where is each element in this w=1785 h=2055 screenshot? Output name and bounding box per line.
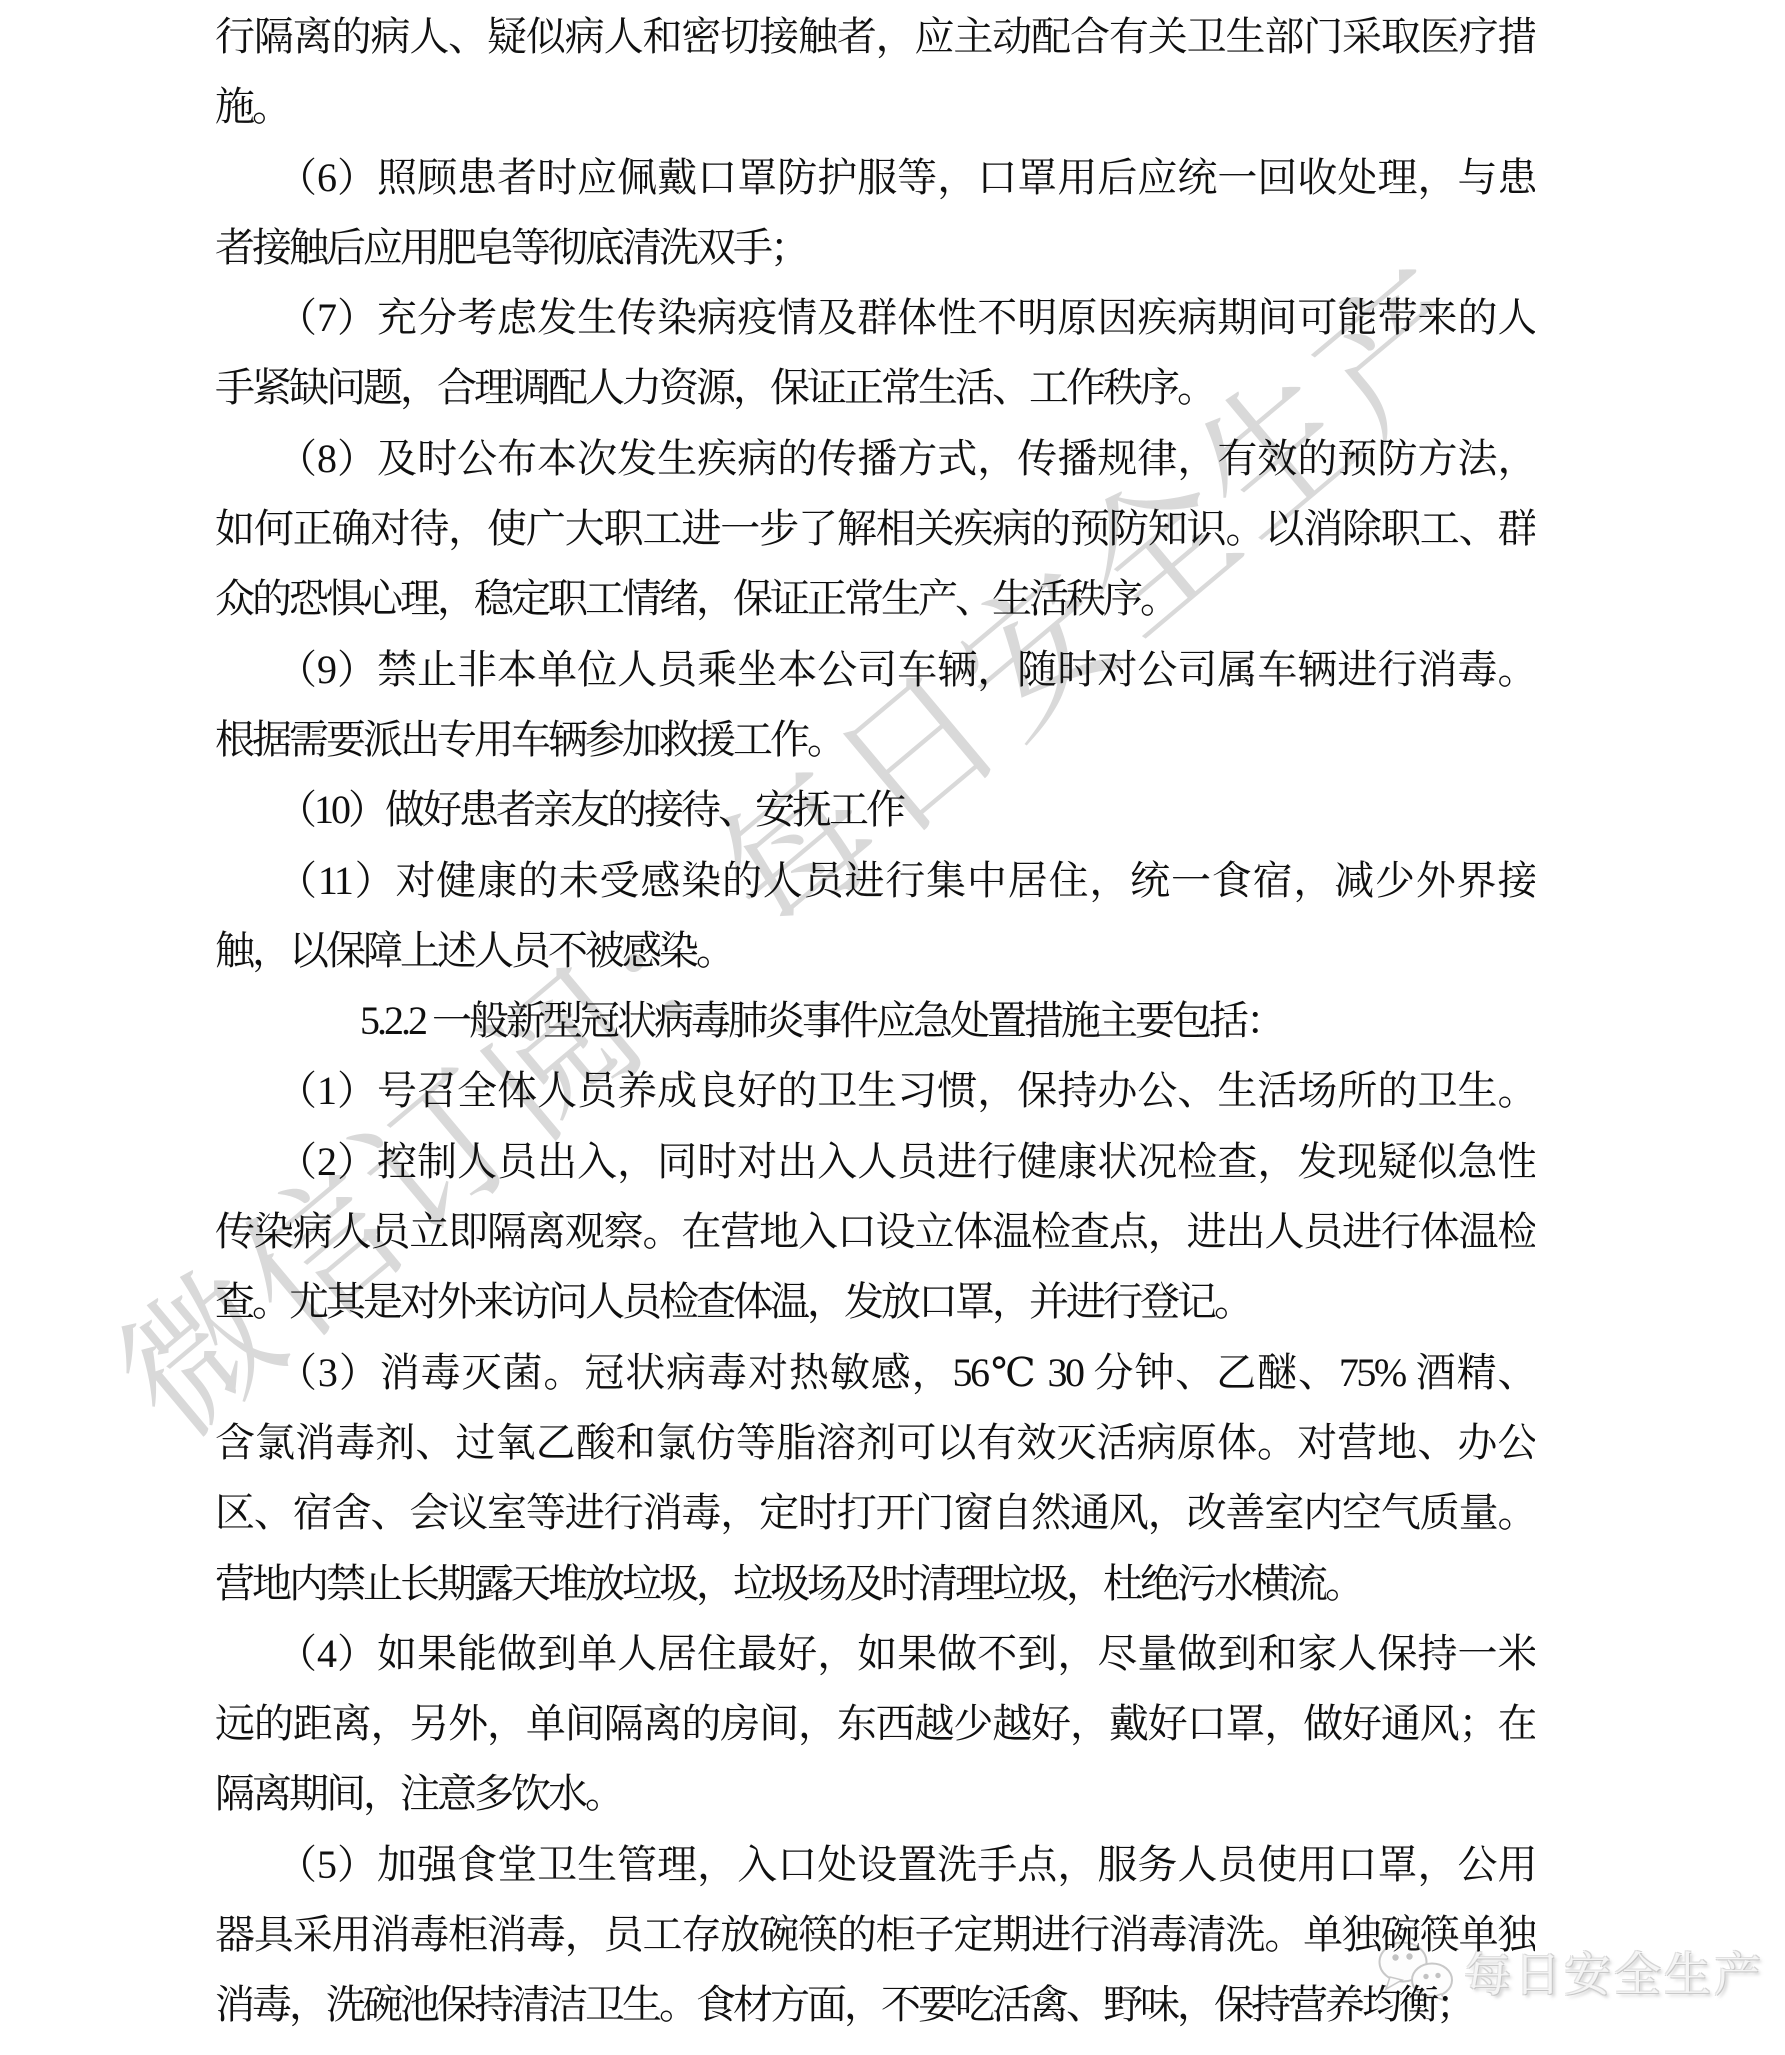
text-line: （11）对健康的未受感染的人员进行集中居住，统一食宿，减少外界接 [215, 846, 1535, 916]
text-line: 查。尤其是对外来访问人员检查体温，发放口罩，并进行登记。 [215, 1267, 1535, 1337]
text-line: 者接触后应用肥皂等彻底清洗双手； [215, 213, 1535, 283]
text-line: 触，以保障上述人员不被感染。 [215, 916, 1535, 986]
text-line: （3）消毒灭菌。冠状病毒对热敏感，56℃ 30 分钟、乙醚、75% 酒精、 [215, 1338, 1535, 1408]
text-line: （1）号召全体人员养成良好的卫生习惯，保持办公、生活场所的卫生。 [215, 1056, 1535, 1126]
text-line: 如何正确对待，使广大职工进一步了解相关疾病的预防知识。以消除职工、群 [215, 494, 1535, 564]
text-line: 隔离期间，注意多饮水。 [215, 1759, 1535, 1829]
text-line: 区、宿舍、会议室等进行消毒，定时打开门窗自然通风，改善室内空气质量。 [215, 1478, 1535, 1548]
text-line: 远的距离，另外，单间隔离的房间，东西越少越好，戴好口罩，做好通风；在 [215, 1689, 1535, 1759]
document-body: 行隔离的病人、疑似病人和密切接触者，应主动配合有关卫生部门采取医疗措施。（6）照… [215, 2, 1535, 2041]
text-line: 传染病人员立即隔离观察。在营地入口设立体温检查点，进出人员进行体温检 [215, 1197, 1535, 1267]
text-line: 器具采用消毒柜消毒，员工存放碗筷的柜子定期进行消毒清洗。单独碗筷单独 [215, 1900, 1535, 1970]
document-page: { "page": { "width": 1785, "height": 205… [0, 0, 1785, 2055]
text-line: （9）禁止非本单位人员乘坐本公司车辆，随时对公司属车辆进行消毒。 [215, 635, 1535, 705]
text-line: 营地内禁止长期露天堆放垃圾，垃圾场及时清理垃圾，杜绝污水横流。 [215, 1549, 1535, 1619]
text-line: （2）控制人员出入，同时对出入人员进行健康状况检查，发现疑似急性 [215, 1127, 1535, 1197]
text-line: 消毒，洗碗池保持清洁卫生。食材方面，不要吃活禽、野味，保持营养均衡； [215, 1970, 1535, 2040]
text-line: （4）如果能做到单人居住最好，如果做不到，尽量做到和家人保持一米 [215, 1619, 1535, 1689]
text-line: （6）照顾患者时应佩戴口罩防护服等，口罩用后应统一回收处理，与患 [215, 143, 1535, 213]
text-line: （5）加强食堂卫生管理，入口处设置洗手点，服务人员使用口罩，公用 [215, 1830, 1535, 1900]
text-line: 根据需要派出专用车辆参加救援工作。 [215, 705, 1535, 775]
text-line: 施。 [215, 72, 1535, 142]
text-line: 5.2.2 一般新型冠状病毒肺炎事件应急处置措施主要包括： [215, 986, 1535, 1056]
text-line: （10）做好患者亲友的接待、安抚工作 [215, 775, 1535, 845]
text-line: 手紧缺问题，合理调配人力资源，保证正常生活、工作秩序。 [215, 353, 1535, 423]
text-line: 众的恐惧心理，稳定职工情绪，保证正常生产、生活秩序。 [215, 564, 1535, 634]
text-line: （7）充分考虑发生传染病疫情及群体性不明原因疾病期间可能带来的人 [215, 283, 1535, 353]
text-line: （8）及时公布本次发生疾病的传播方式，传播规律，有效的预防方法， [215, 424, 1535, 494]
text-line: 含氯消毒剂、过氧乙酸和氯仿等脂溶剂可以有效灭活病原体。对营地、办公 [215, 1408, 1535, 1478]
text-line: 行隔离的病人、疑似病人和密切接触者，应主动配合有关卫生部门采取医疗措 [215, 2, 1535, 72]
